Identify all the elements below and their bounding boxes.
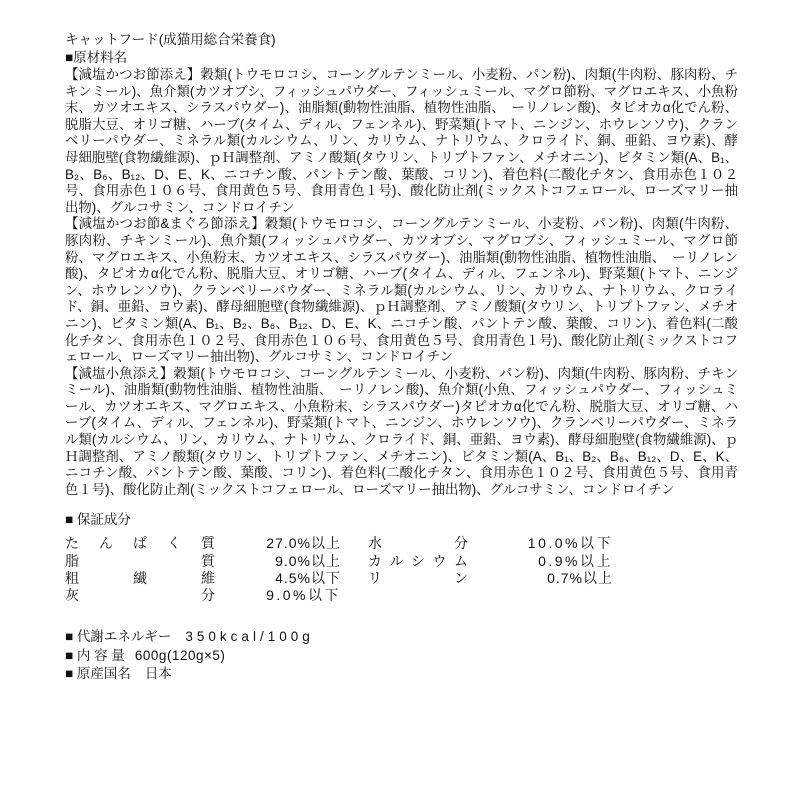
- variant-name: 【減塩かつお節添え】: [65, 67, 200, 82]
- contents-value: 600g(120g×5): [135, 647, 225, 666]
- nutrient-value-moisture: 10.0%以下: [468, 535, 613, 552]
- nutrient-label-phosphorus: リン: [368, 570, 468, 587]
- nutrient-value-empty: [468, 587, 613, 604]
- energy-value: 350kcal/100g: [185, 628, 313, 647]
- analysis-row: 脂質 9.0%以上 カルシウム 0.9%以上: [65, 553, 738, 570]
- origin-value: 日本: [145, 665, 172, 684]
- nutrient-label-moisture: 水分: [368, 535, 468, 552]
- nutrient-label-fat: 脂質: [65, 553, 215, 570]
- ingredient-paragraph-kozakana: 【減塩小魚添え】穀類(トウモロコシ、コーングルテンミール、小麦粉、パン粉)、肉類…: [65, 366, 738, 499]
- product-meta: ■ 代謝エネルギー 350kcal/100g ■ 内 容 量 600g(120g…: [65, 628, 738, 684]
- nutrient-value-fiber: 4.5%以下: [215, 570, 341, 587]
- energy-label: ■ 代謝エネルギー: [65, 628, 171, 647]
- nutrient-label-fiber: 粗繊維: [65, 570, 215, 587]
- energy-line: ■ 代謝エネルギー 350kcal/100g: [65, 628, 738, 647]
- ingredient-text: 穀類(トウモロコシ、コーングルテンミール、小麦粉、パン粉)、肉類(牛肉粉、豚肉粉…: [65, 216, 738, 364]
- nutrient-value-calcium: 0.9%以上: [468, 553, 613, 570]
- variant-name: 【減塩かつお節&まぐろ節添え】: [65, 216, 265, 231]
- nutrient-label-empty: [368, 587, 468, 604]
- contents-label: ■ 内 容 量: [65, 647, 125, 666]
- analysis-row: たんぱく質 27.0%以上 水分 10.0%以下: [65, 535, 738, 552]
- nutrient-label-calcium: カルシウム: [368, 553, 468, 570]
- nutrient-value-protein: 27.0%以上: [215, 535, 341, 552]
- ingredient-text: 穀類(トウモロコシ、コーングルテンミール、小麦粉、パン粉)、肉類(牛肉粉、豚肉粉…: [65, 67, 738, 215]
- contents-line: ■ 内 容 量 600g(120g×5): [65, 647, 738, 666]
- variant-name: 【減塩小魚添え】: [65, 366, 173, 381]
- nutrient-value-phosphorus: 0.7%以上: [468, 570, 613, 587]
- origin-line: ■ 原産国名 日本: [65, 665, 738, 684]
- ingredient-paragraph-katsuobushi-maguro: 【減塩かつお節&まぐろ節添え】穀類(トウモロコシ、コーングルテンミール、小麦粉、…: [65, 216, 738, 365]
- nutrient-value-ash: 9.0%以下: [215, 587, 341, 604]
- guaranteed-analysis-heading: ■ 保証成分: [65, 511, 738, 529]
- nutrient-label-protein: たんぱく質: [65, 535, 215, 552]
- ingredients-heading: ■原材料名: [65, 49, 738, 67]
- ingredient-text: 穀類(トウモロコシ、コーングルテンミール、小麦粉、パン粉)、肉類(牛肉粉、豚肉粉…: [65, 366, 738, 497]
- nutrient-label-ash: 灰分: [65, 587, 215, 604]
- product-type-title: キャットフード(成猫用総合栄養食): [65, 31, 738, 49]
- analysis-row: 粗繊維 4.5%以下 リン 0.7%以上: [65, 570, 738, 587]
- origin-label: ■ 原産国名: [65, 665, 131, 684]
- analysis-row: 灰分 9.0%以下: [65, 587, 738, 604]
- nutrient-value-fat: 9.0%以上: [215, 553, 341, 570]
- guaranteed-analysis-table: たんぱく質 27.0%以上 水分 10.0%以下 脂質 9.0%以上 カルシウム…: [65, 535, 738, 604]
- ingredient-paragraph-katsuobushi: 【減塩かつお節添え】穀類(トウモロコシ、コーングルテンミール、小麦粉、パン粉)、…: [65, 67, 738, 216]
- cat-food-label: キャットフード(成猫用総合栄養食) ■原材料名 【減塩かつお節添え】穀類(トウモ…: [65, 31, 738, 684]
